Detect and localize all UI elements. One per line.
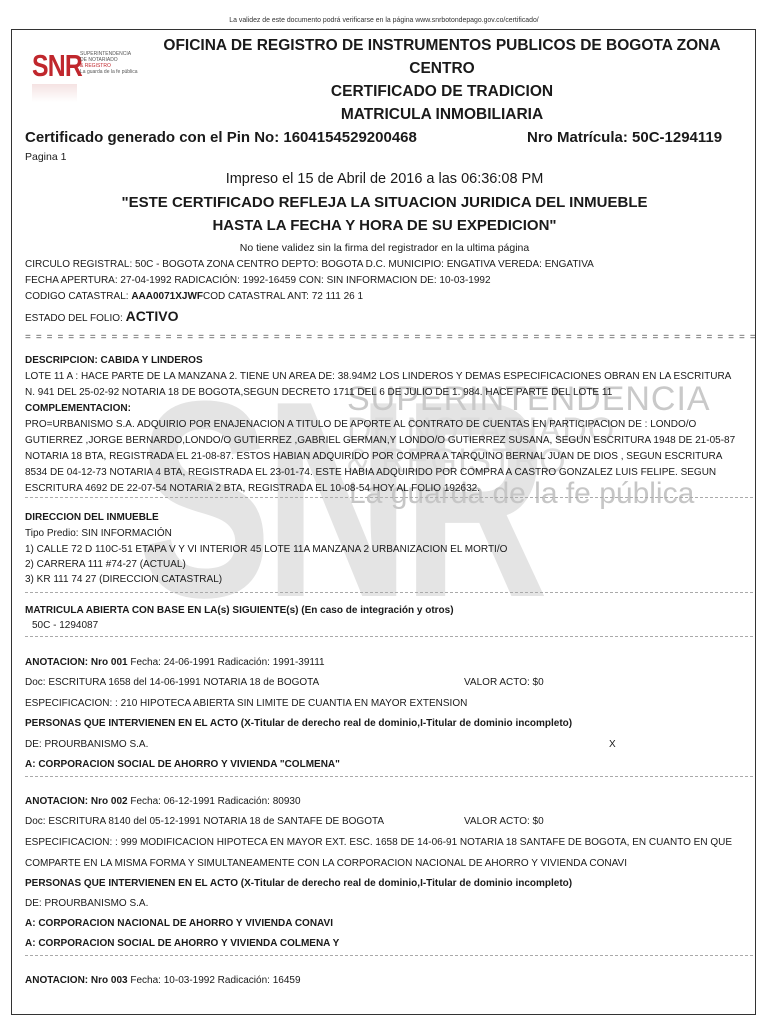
certificate-type: CERTIFICADO DE TRADICION [152, 83, 732, 101]
dashed-separator [25, 497, 753, 498]
snr-logo: SNR SUPERINTENDENCIA DE NOTARIADO & REGI… [32, 48, 142, 108]
anotacion-001-personas-heading: PERSONAS QUE INTERVIENEN EN EL ACTO (X-T… [25, 718, 572, 729]
logo-line4: La guarda de la fe pública [80, 69, 138, 75]
anotacion-label: ANOTACION: Nro 002 [25, 796, 128, 807]
matricula-abierta-heading: MATRICULA ABIERTA CON BASE EN LA(s) SIGU… [25, 605, 454, 616]
anotacion-001-a: A: CORPORACION SOCIAL DE AHORRO Y VIVIEN… [25, 759, 340, 770]
tipo-predio: Tipo Predio: SIN INFORMACIÓN [25, 528, 172, 539]
anotacion-002-header: ANOTACION: Nro 002 Fecha: 06-12-1991 Rad… [25, 796, 301, 807]
dashed-separator [25, 776, 753, 777]
watermark-snr: SNR [137, 360, 541, 640]
estado-value: ACTIVO [126, 308, 179, 324]
validity-note: No tiene validez sin la firma del regist… [12, 242, 756, 254]
anotacion-002-a: A: CORPORACION NACIONAL DE AHORRO Y VIVI… [25, 918, 333, 929]
anotacion-fecha: Fecha: 10-03-1992 Radicación: 16459 [128, 975, 301, 986]
complementacion-line: 8534 DE 04-12-73 NOTARIA 4 BTA, REGISTRA… [25, 467, 716, 478]
anotacion-002-especificacion: COMPARTE EN LA MISMA FORMA Y SIMULTANEAM… [25, 858, 627, 869]
estado-folio: ESTADO DEL FOLIO: ACTIVO [25, 308, 178, 324]
office-title-cont: CENTRO [152, 60, 732, 78]
anotacion-001-header: ANOTACION: Nro 001 Fecha: 24-06-1991 Rad… [25, 657, 325, 668]
logo-abbr: SNR [32, 48, 82, 84]
cod-catastral-ant: COD CATASTRAL ANT: 72 111 26 1 [203, 291, 363, 302]
complementacion-heading: COMPLEMENTACION: [25, 403, 131, 414]
dashed-separator [25, 636, 753, 637]
logo-text: SUPERINTENDENCIA DE NOTARIADO & REGISTRO… [80, 51, 138, 75]
titular-x-mark: X [609, 739, 616, 750]
matricula-number: Nro Matrícula: 50C-1294119 [527, 129, 722, 146]
complementacion-line: NOTARIA 18 BTA, REGISTRADA EL 21-08-87. … [25, 451, 722, 462]
anotacion-002-a: A: CORPORACION SOCIAL DE AHORRO Y VIVIEN… [25, 938, 339, 949]
page-number: Pagina 1 [25, 151, 66, 163]
anotacion-fecha: Fecha: 06-12-1991 Radicación: 80930 [128, 796, 301, 807]
anotacion-001-valor: VALOR ACTO: $0 [464, 677, 544, 688]
dashed-separator [25, 955, 753, 956]
anotacion-001-doc: Doc: ESCRITURA 1658 del 14-06-1991 NOTAR… [25, 677, 319, 688]
complementacion-line: PRO=URBANISMO S.A. ADQUIRIO POR ENAJENAC… [25, 419, 696, 430]
anotacion-fecha: Fecha: 24-06-1991 Radicación: 1991-39111 [128, 657, 325, 668]
address-item: 2) CARRERA 111 #74-27 (ACTUAL) [25, 559, 186, 570]
logo-reflection [32, 84, 77, 102]
anotacion-001-especificacion: ESPECIFICACION: : 210 HIPOTECA ABIERTA S… [25, 698, 467, 709]
office-title: OFICINA DE REGISTRO DE INSTRUMENTOS PUBL… [152, 37, 732, 55]
codigo-label: CODIGO CATASTRAL: [25, 291, 131, 302]
address-item: 3) KR 111 74 27 (DIRECCION CATASTRAL) [25, 574, 222, 585]
direccion-heading: DIRECCION DEL INMUEBLE [25, 512, 159, 523]
anotacion-001-de: DE: PROURBANISMO S.A. [25, 739, 148, 750]
anotacion-002-especificacion: ESPECIFICACION: : 999 MODIFICACION HIPOT… [25, 837, 732, 848]
codigo-catastral: CODIGO CATASTRAL: AAA0071XJWFCOD CATASTR… [25, 291, 363, 302]
anotacion-002-de: DE: PROURBANISMO S.A. [25, 898, 148, 909]
reflects-statement-cont: HASTA LA FECHA Y HORA DE SU EXPEDICION" [12, 217, 756, 234]
codigo-value: AAA0071XJWF [131, 291, 203, 302]
address-item: 1) CALLE 72 D 110C-51 ETAPA V Y VI INTER… [25, 544, 507, 555]
certificate-page: SNR SUPERINTENDENCIA DE NOTARIADO & REGI… [11, 29, 756, 1015]
anotacion-label: ANOTACION: Nro 003 [25, 975, 128, 986]
reflects-statement: "ESTE CERTIFICADO REFLEJA LA SITUACION J… [12, 194, 756, 211]
descripcion-line: LOTE 11 A : HACE PARTE DE LA MANZANA 2. … [25, 371, 731, 382]
fecha-apertura: FECHA APERTURA: 27-04-1992 RADICACIÓN: 1… [25, 275, 491, 286]
printed-date: Impreso el 15 de Abril de 2016 a las 06:… [12, 171, 756, 187]
anotacion-002-personas-heading: PERSONAS QUE INTERVIENEN EN EL ACTO (X-T… [25, 878, 572, 889]
anotacion-003-header: ANOTACION: Nro 003 Fecha: 10-03-1992 Rad… [25, 975, 301, 986]
descripcion-line: N. 941 DEL 25-02-92 NOTARIA 18 DE BOGOTA… [25, 387, 612, 398]
verification-note: La validez de este documento podrá verif… [31, 15, 738, 24]
anotacion-002-doc: Doc: ESCRITURA 8140 del 05-12-1991 NOTAR… [25, 816, 384, 827]
dashed-separator [25, 592, 753, 593]
estado-label: ESTADO DEL FOLIO: [25, 313, 126, 324]
descripcion-heading: DESCRIPCION: CABIDA Y LINDEROS [25, 355, 203, 366]
anotacion-label: ANOTACION: Nro 001 [25, 657, 128, 668]
circulo-registral: CIRCULO REGISTRAL: 50C - BOGOTA ZONA CEN… [25, 259, 594, 270]
matricula-abierta-value: 50C - 1294087 [32, 620, 98, 631]
complementacion-line: GUTIERREZ ,JORGE BERNARDO,LONDO/O GUTIER… [25, 435, 735, 446]
equals-separator: = = = = = = = = = = = = = = = = = = = = … [25, 332, 756, 343]
complementacion-line: ESCRITURA 4692 DE 22-07-54 NOTARIA 2 BTA… [25, 483, 480, 494]
anotacion-002-valor: VALOR ACTO: $0 [464, 816, 544, 827]
pin-number: Certificado generado con el Pin No: 1604… [25, 129, 417, 146]
certificate-subtitle: MATRICULA INMOBILIARIA [152, 106, 732, 124]
